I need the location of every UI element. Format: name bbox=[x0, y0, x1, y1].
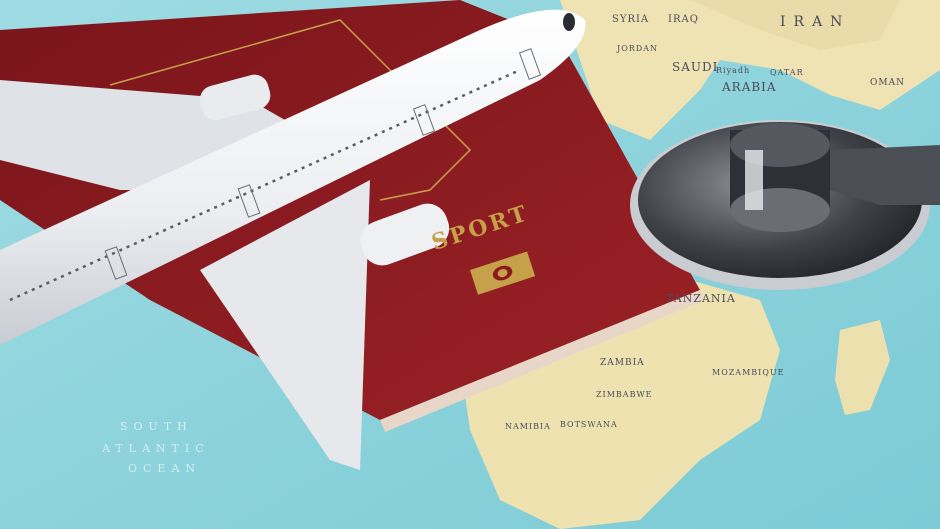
map-label: QATAR bbox=[770, 68, 804, 77]
map-label: IRAN bbox=[780, 14, 850, 30]
ocean-label: OCEAN bbox=[128, 462, 201, 475]
map-label: OMAN bbox=[870, 78, 905, 88]
map-label: ARABIA bbox=[722, 80, 777, 94]
ocean-label: SOUTH bbox=[120, 420, 193, 433]
map-label: NAMIBIA bbox=[505, 422, 551, 431]
map-label: JORDAN bbox=[617, 44, 658, 53]
map-label: BOTSWANA bbox=[560, 420, 618, 429]
map-label: ZIMBABWE bbox=[596, 390, 653, 399]
map-label: TANZANIA bbox=[666, 292, 736, 305]
map-label: ZAMBIA bbox=[600, 358, 645, 368]
map-label: Riyadh bbox=[716, 66, 750, 75]
ocean-label: ATLANTIC bbox=[102, 442, 210, 455]
stethoscope-highlight bbox=[745, 150, 763, 210]
map-label: SYRIA bbox=[612, 14, 649, 25]
airplane-cockpit-icon bbox=[563, 13, 575, 31]
map-label: MOZAMBIQUE bbox=[712, 368, 784, 377]
map-label: SAUDI bbox=[672, 60, 718, 74]
photo-scene: SPORT SYRIA IRAQ IRAN JORDAN SAUDI ARABI… bbox=[0, 0, 940, 529]
map-label: IRAQ bbox=[668, 14, 699, 25]
